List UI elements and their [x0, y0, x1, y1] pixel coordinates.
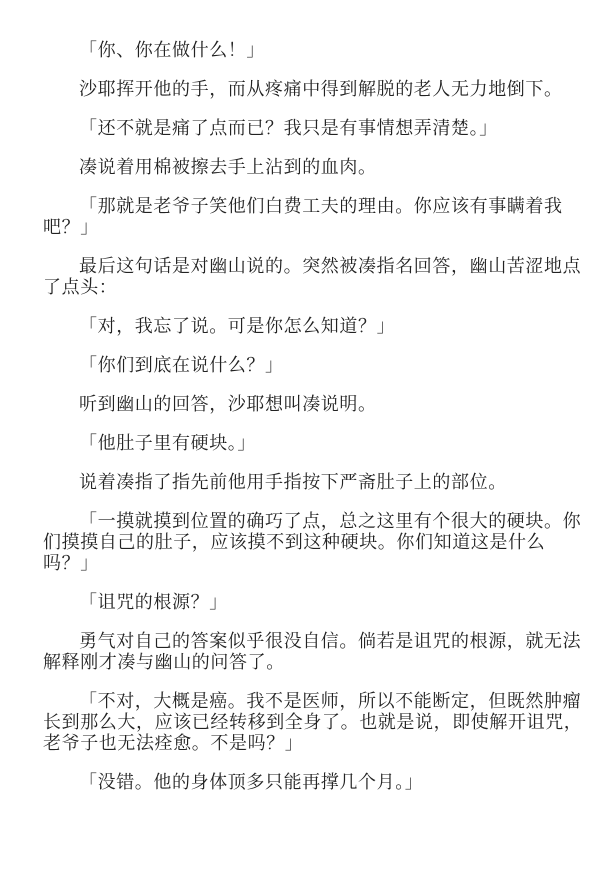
- paragraph: 「不对，大概是癌。我不是医师，所以不能断定，但既然肿瘤 长到那么大，应该已经转移…: [43, 691, 589, 754]
- paragraph: 说着凑指了指先前他用手指按下严斋肚子上的部位。: [43, 472, 589, 493]
- paragraph: 沙耶挥开他的手，而从疼痛中得到解脱的老人无力地倒下。: [43, 79, 589, 100]
- paragraph: 「你、你在做什么！」: [43, 40, 589, 61]
- paragraph: 「一摸就摸到位置的确巧了点，总之这里有个很大的硬块。你 们摸摸自己的肚子，应该摸…: [43, 511, 589, 574]
- paragraph: 「诅咒的根源？」: [43, 592, 589, 613]
- paragraph: 「他肚子里有硬块。」: [43, 433, 589, 454]
- paragraph: 「对，我忘了说。可是你怎么知道？」: [43, 316, 589, 337]
- paragraph: 凑说着用棉被擦去手上沾到的血肉。: [43, 157, 589, 178]
- paragraph: 听到幽山的回答，沙耶想叫凑说明。: [43, 394, 589, 415]
- paragraph: 「还不就是痛了点而已？我只是有事情想弄清楚。」: [43, 118, 589, 139]
- paragraph: 「你们到底在说什么？」: [43, 355, 589, 376]
- paragraph: 勇气对自己的答案似乎很没自信。倘若是诅咒的根源，就无法 解释刚才凑与幽山的问答了…: [43, 631, 589, 673]
- paragraph: 「那就是老爷子笑他们白费工夫的理由。你应该有事瞒着我 吧？」: [43, 196, 589, 238]
- paragraph: 「没错。他的身体顶多只能再撑几个月。」: [43, 772, 589, 793]
- paragraph: 最后这句话是对幽山说的。突然被凑指名回答，幽山苦涩地点 了点头：: [43, 256, 589, 298]
- document-page: 「你、你在做什么！」 沙耶挥开他的手，而从疼痛中得到解脱的老人无力地倒下。 「还…: [0, 0, 613, 869]
